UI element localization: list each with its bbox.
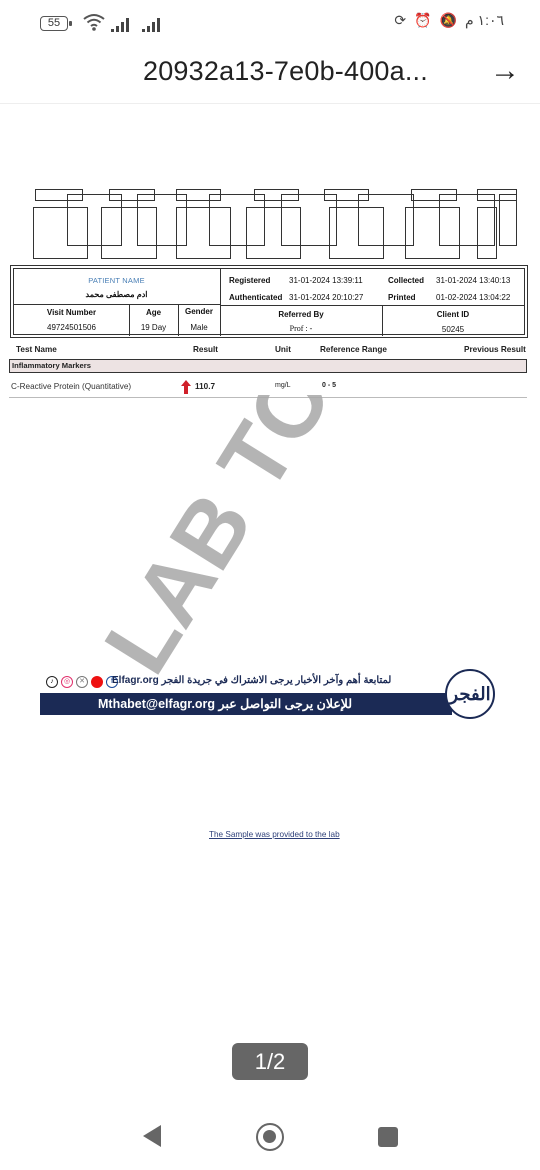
- col-unit: Unit: [275, 345, 291, 354]
- visit-number: 49724501506: [14, 323, 129, 332]
- client-id: 50245: [382, 325, 524, 334]
- barcode-graphic: [33, 189, 519, 259]
- patient-name-label: PATIENT NAME: [14, 276, 219, 285]
- table-row: C-Reactive Protein (Quantitative) 110.7 …: [9, 378, 527, 398]
- x-icon[interactable]: ✕: [76, 676, 88, 688]
- printed-label: Printed: [388, 293, 416, 302]
- gender: Male: [178, 323, 220, 332]
- result-value: 110.7: [195, 382, 215, 391]
- alarm-icon: ⏰: [414, 12, 431, 29]
- referred-by-label: Referred By: [220, 310, 382, 319]
- col-test-name: Test Name: [16, 345, 57, 354]
- svg-text:LAB TO LAB: LAB TO LAB: [85, 395, 466, 675]
- arrow-right-icon[interactable]: →: [490, 54, 520, 88]
- youtube-icon[interactable]: [91, 676, 103, 688]
- authenticated-date: 31-01-2024 20:10:27: [289, 293, 363, 302]
- wifi-icon: [82, 12, 106, 32]
- col-previous-result: Previous Result: [464, 345, 526, 354]
- age-label: Age: [129, 308, 178, 317]
- registered-label: Registered: [229, 276, 270, 285]
- collected-date: 31-01-2024 13:40:13: [436, 276, 510, 285]
- signal-icon: [142, 16, 160, 32]
- tiktok-icon[interactable]: ♪: [46, 676, 58, 688]
- social-icons: ♪ ◎ ✕ f: [46, 676, 118, 688]
- sync-icon: ⟳: [394, 12, 406, 29]
- watermark: LAB TO LAB: [60, 395, 480, 675]
- client-id-label: Client ID: [382, 310, 524, 319]
- home-icon[interactable]: [256, 1123, 284, 1151]
- status-bar: 55 ⟳ ⏰ 🔕 ١:٠٦ م: [0, 0, 540, 48]
- battery-level: 55: [48, 17, 60, 29]
- age: 19 Day: [129, 323, 178, 332]
- result-unit: mg/L: [275, 382, 291, 389]
- title-bar: 20932a13-7e0b-400a... →: [0, 48, 540, 104]
- ad-banner[interactable]: ♪ ◎ ✕ f لمتابعة أهم وآخر الأخبار يرجى ال…: [40, 665, 500, 721]
- sample-note: The Sample was provided to the lab: [209, 830, 340, 839]
- authenticated-label: Authenticated: [229, 293, 282, 302]
- ad-top-text: لمتابعة أهم وآخر الأخبار يرجى الاشتراك ف…: [112, 675, 442, 693]
- status-right: ⟳ ⏰ 🔕 ١:٠٦ م: [394, 12, 504, 29]
- battery-icon: 55: [40, 16, 68, 31]
- visit-number-label: Visit Number: [14, 308, 129, 317]
- patient-name: ادم مصطفى محمد: [14, 290, 219, 299]
- mute-icon: 🔕: [440, 12, 457, 29]
- test-name: C-Reactive Protein (Quantitative): [11, 382, 131, 391]
- col-reference-range: Reference Range: [320, 345, 387, 354]
- back-icon[interactable]: [143, 1125, 161, 1147]
- results-header: Test Name Result Unit Reference Range Pr…: [0, 345, 540, 359]
- elfagr-logo: الفجر: [445, 669, 495, 719]
- instagram-icon[interactable]: ◎: [61, 676, 73, 688]
- arrow-up-icon: [181, 380, 191, 394]
- referred-by: Prof : -: [220, 324, 382, 333]
- printed-date: 01-02-2024 13:04:22: [436, 293, 510, 302]
- gender-label: Gender: [178, 307, 220, 316]
- clock: ١:٠٦ م: [465, 12, 504, 29]
- patient-info-table: PATIENT NAME ادم مصطفى محمد Visit Number…: [10, 265, 528, 338]
- registered-date: 31-01-2024 13:39:11: [289, 276, 363, 285]
- collected-label: Collected: [388, 276, 424, 285]
- document-title: 20932a13-7e0b-400a...: [143, 56, 428, 87]
- reference-range: 0 - 5: [322, 382, 336, 389]
- section-inflammatory-markers: Inflammatory Markers: [9, 359, 527, 373]
- signal-icon: [111, 16, 129, 32]
- col-result: Result: [193, 345, 218, 354]
- ad-bottom-text: Mthabet@elfagr.org للإعلان يرجى التواصل …: [40, 693, 452, 715]
- recents-icon[interactable]: [378, 1127, 398, 1147]
- page-indicator: 1/2: [232, 1043, 308, 1080]
